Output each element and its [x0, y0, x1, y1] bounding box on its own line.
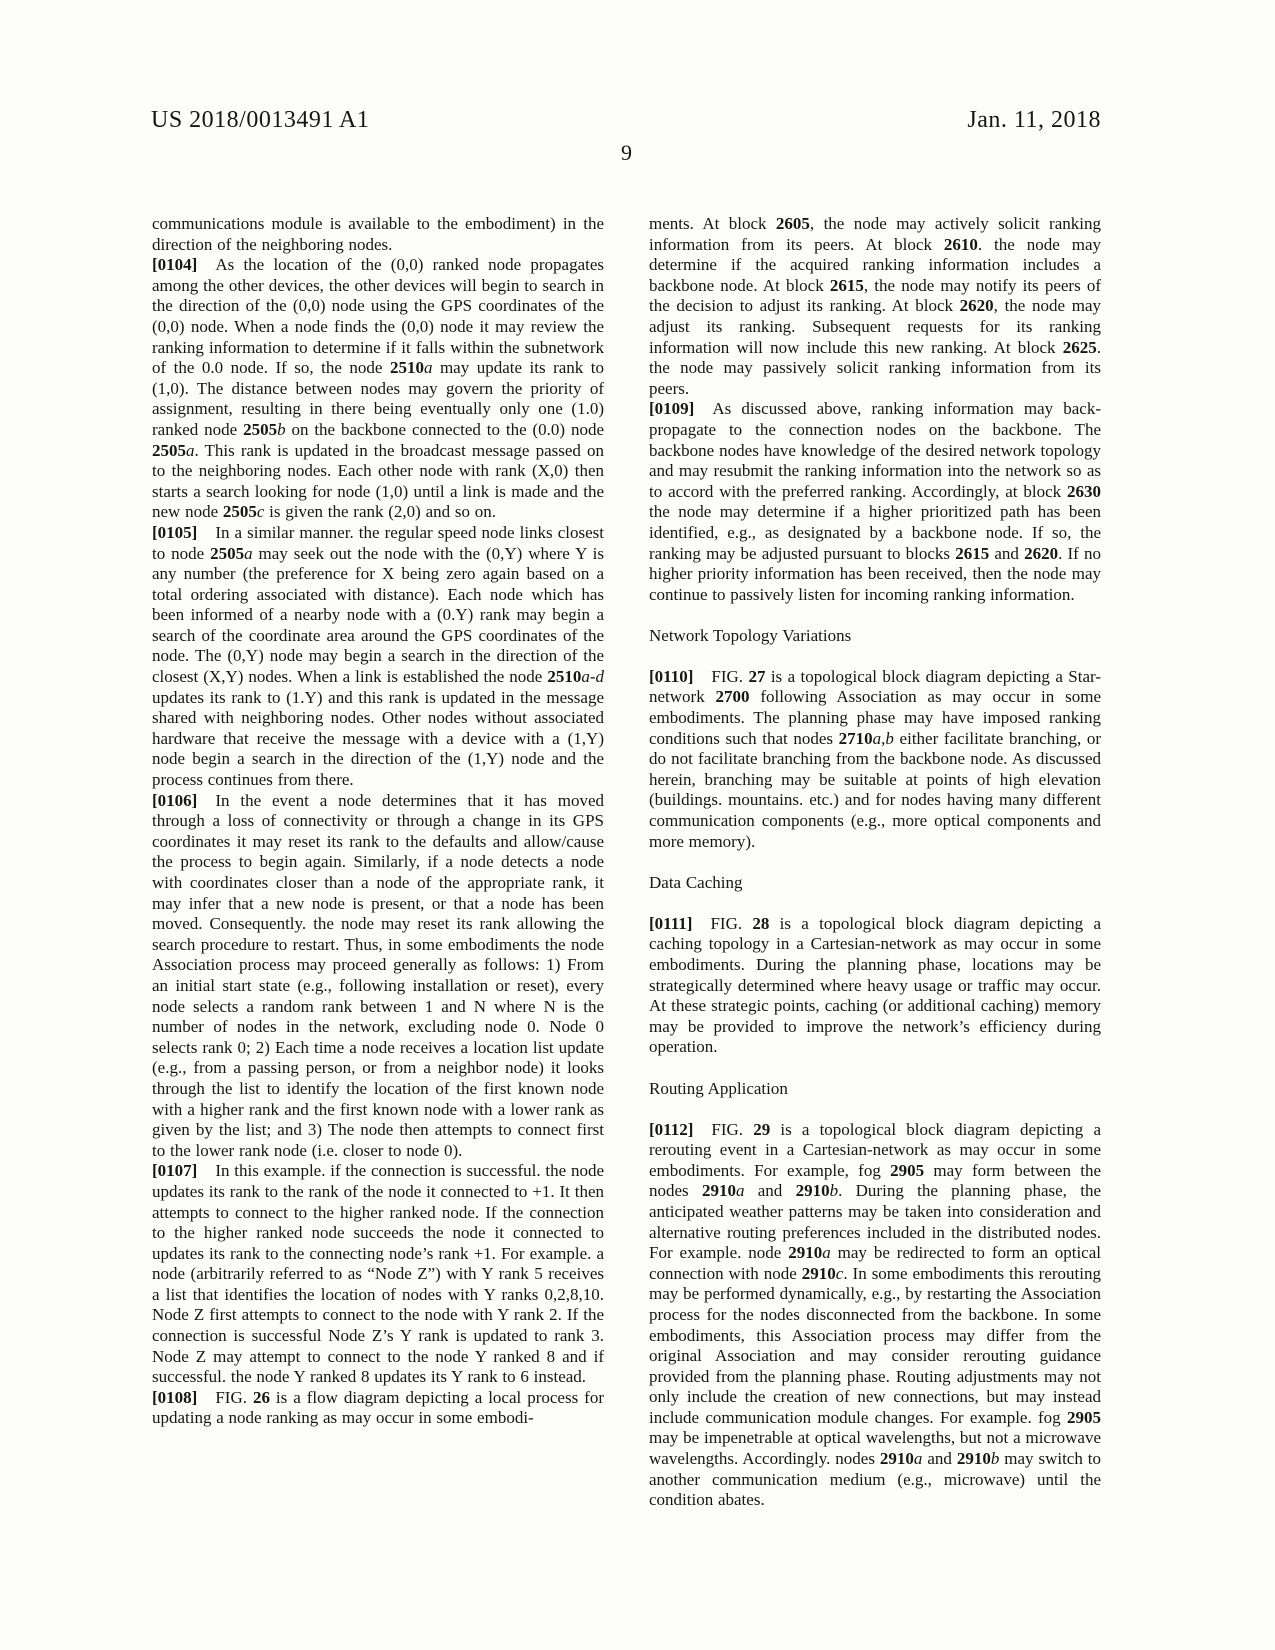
paragraph-0105: [0105]In a similar manner. the regular s… [152, 523, 604, 791]
text-segment: communications module is available to th… [152, 214, 604, 254]
text-segment: b [277, 420, 286, 439]
text-segment: 2710 [839, 729, 873, 748]
text-segment: 27 [748, 667, 765, 686]
text-segment: 2615 [830, 276, 864, 295]
text-segment: a [244, 544, 253, 563]
paragraph: communications module is available to th… [152, 214, 604, 255]
text-segment: updates its rank to (1.Y) and this rank … [152, 688, 604, 789]
paragraph-number: [0107] [152, 1161, 197, 1180]
text-segment: In this example. if the connection is su… [152, 1161, 604, 1386]
text-segment: b [830, 1181, 839, 1200]
text-segment: 2910 [880, 1449, 914, 1468]
text-segment: FIG. [215, 1388, 253, 1407]
text-segment: a [186, 441, 195, 460]
paragraph-number: [0108] [152, 1388, 197, 1407]
text-segment: 2510 [547, 667, 581, 686]
text-segment: 2620 [960, 296, 994, 315]
text-segment: may seek out the node with the (0,Y) whe… [152, 544, 604, 687]
section-heading: Routing Application [649, 1079, 1101, 1100]
paragraph-0111: [0111]FIG. 28 is a topological block dia… [649, 914, 1101, 1058]
text-segment: 2910 [957, 1449, 991, 1468]
text-segment: 2505 [243, 420, 277, 439]
paragraph-0108: [0108]FIG. 26 is a flow diagram depictin… [152, 1388, 604, 1429]
text-segment: 2615 [955, 544, 989, 563]
paragraph-0104: [0104]As the location of the (0,0) ranke… [152, 255, 604, 523]
paragraph-number: [0109] [649, 399, 694, 418]
text-segment: 2505 [223, 502, 257, 521]
page-number: 9 [0, 142, 1253, 164]
text-segment: 2700 [716, 687, 750, 706]
text-segment: . In some embodiments this rerouting may… [649, 1264, 1101, 1427]
text-columns: communications module is available to th… [152, 214, 1101, 1511]
paragraph-number: [0105] [152, 523, 197, 542]
column-right: ments. At block 2605, the node may activ… [649, 214, 1101, 1511]
paragraph-0107: [0107]In this example. if the connection… [152, 1161, 604, 1388]
text-segment: As discussed above, ranking information … [649, 399, 1101, 500]
text-segment: FIG. [711, 1120, 753, 1139]
patent-document-page: US 2018/0013491 A1 Jan. 11, 2018 9 commu… [0, 0, 1275, 1650]
text-segment: is a topological block diagram depicting… [649, 914, 1101, 1057]
paragraph-number: [0106] [152, 791, 197, 810]
text-segment: 2630 [1067, 482, 1101, 501]
text-segment: a,b [873, 729, 894, 748]
paragraph-0106: [0106]In the event a node determines tha… [152, 791, 604, 1162]
paragraph: ments. At block 2605, the node may activ… [649, 214, 1101, 399]
text-segment: 29 [753, 1120, 770, 1139]
section-heading: Data Caching [649, 873, 1101, 894]
text-segment: 2505 [210, 544, 244, 563]
text-segment: and [989, 544, 1024, 563]
paragraph-number: [0111] [649, 914, 692, 933]
column-left: communications module is available to th… [152, 214, 604, 1511]
text-segment: In the event a node determines that it h… [152, 791, 604, 1160]
paragraph-number: [0104] [152, 255, 197, 274]
text-segment: FIG. [711, 667, 748, 686]
publication-date: Jan. 11, 2018 [967, 108, 1101, 132]
text-segment: 2625 [1063, 338, 1097, 357]
text-segment: ments. At block [649, 214, 776, 233]
paragraph-0110: [0110]FIG. 27 is a topological block dia… [649, 667, 1101, 852]
text-segment: 2910 [796, 1181, 830, 1200]
text-segment: 2510 [390, 358, 424, 377]
paragraph-number: [0110] [649, 667, 693, 686]
text-segment: 2505 [152, 441, 186, 460]
text-segment: 2905 [1067, 1408, 1101, 1427]
text-segment: and [922, 1449, 956, 1468]
text-segment: 2910 [788, 1243, 822, 1262]
text-segment: a-d [581, 667, 604, 686]
text-segment: 2605 [776, 214, 810, 233]
text-segment: 2910 [702, 1181, 736, 1200]
text-segment: 28 [752, 914, 769, 933]
text-segment: Network Topology Variations [649, 626, 851, 645]
paragraph-0112: [0112]FIG. 29 is a topological block dia… [649, 1120, 1101, 1511]
section-heading: Network Topology Variations [649, 626, 1101, 647]
paragraph-number: [0112] [649, 1120, 693, 1139]
patent-number: US 2018/0013491 A1 [151, 108, 369, 132]
text-segment: and [744, 1181, 795, 1200]
text-segment: Data Caching [649, 873, 743, 892]
text-segment: Routing Application [649, 1079, 788, 1098]
text-segment: on the backbone connected to the (0.0) n… [286, 420, 604, 439]
text-segment: is given the rank (2,0) and so on. [264, 502, 496, 521]
paragraph-0109: [0109]As discussed above, ranking inform… [649, 399, 1101, 605]
text-segment: a [822, 1243, 831, 1262]
text-segment: 2905 [890, 1161, 924, 1180]
text-segment: 2610 [944, 235, 978, 254]
text-segment: 2910 [802, 1264, 836, 1283]
text-segment: 2620 [1024, 544, 1058, 563]
text-segment: 26 [253, 1388, 270, 1407]
text-segment: FIG. [710, 914, 752, 933]
